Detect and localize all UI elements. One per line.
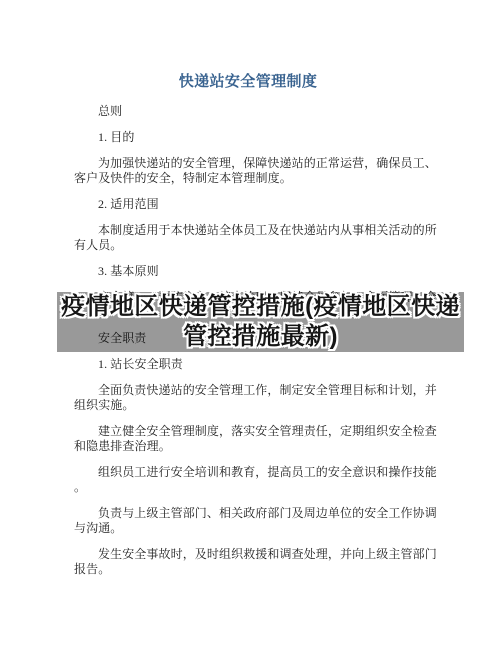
doc-paragraph: 负责与上级主管部门、相关政府部门及周边单位的安全工作协调 与沟通。 <box>74 506 422 536</box>
watermark-title-line: 管控措施最新) <box>183 322 338 352</box>
text-line: 3. 基本原则 <box>74 264 422 279</box>
text-line: 1. 站长安全职责 <box>74 357 422 372</box>
text-line: 为加强快递站的安全管理，保障快递站的正常运营，确保员工、 <box>74 156 422 171</box>
text-line: 和隐患排查治理。 <box>74 439 422 454</box>
text-line: 发生安全事故时，及时组织救援和调查处理，并向上级主管部门 <box>74 547 422 562</box>
doc-heading: 2. 适用范围 <box>74 197 422 212</box>
text-line: 负责与上级主管部门、相关政府部门及周边单位的安全工作协调 <box>74 506 422 521</box>
doc-heading: 3. 基本原则 <box>74 264 422 279</box>
doc-heading: 1. 站长安全职责 <box>74 357 422 372</box>
watermark-title-line: 疫情地区快递管控措施(疫情地区快递 <box>61 292 460 322</box>
doc-paragraph: 发生安全事故时，及时组织救援和调查处理，并向上级主管部门 报告。 <box>74 547 422 577</box>
text-line: 2. 适用范围 <box>74 197 422 212</box>
doc-heading: 1. 目的 <box>74 130 422 145</box>
text-line: 总则 <box>74 104 422 119</box>
doc-paragraph: 本制度适用于本快递站全体员工及在快递站内从事相关活动的所 有人员。 <box>74 223 422 253</box>
text-line: 全面负责快递站的安全管理工作，制定安全管理目标和计划，并 <box>74 383 422 398</box>
text-line: 组织员工进行安全培训和教育，提高员工的安全意识和操作技能 <box>74 465 422 480</box>
text-line: 建立健全安全管理制度，落实安全管理责任，定期组织安全检查 <box>74 424 422 439</box>
text-line: 组织实施。 <box>74 398 422 413</box>
watermark-overlay-band: 疫情地区快递管控措施(疫情地区快递 管控措施最新) <box>57 292 464 352</box>
doc-title: 快递站安全管理制度 <box>74 71 422 93</box>
text-line: 有人员。 <box>74 238 422 253</box>
text-line: 客户及快件的安全，特制定本管理制度。 <box>74 171 422 186</box>
doc-paragraph: 全面负责快递站的安全管理工作，制定安全管理目标和计划，并 组织实施。 <box>74 383 422 413</box>
doc-paragraph: 为加强快递站的安全管理，保障快递站的正常运营，确保员工、 客户及快件的安全，特制… <box>74 156 422 186</box>
text-line: 本制度适用于本快递站全体员工及在快递站内从事相关活动的所 <box>74 223 422 238</box>
text-line: 。 <box>74 480 422 495</box>
text-line: 与沟通。 <box>74 521 422 536</box>
text-line: 报告。 <box>74 562 422 577</box>
doc-heading: 总则 <box>74 104 422 119</box>
doc-paragraph: 建立健全安全管理制度，落实安全管理责任，定期组织安全检查 和隐患排查治理。 <box>74 424 422 454</box>
text-line: 1. 目的 <box>74 130 422 145</box>
document-body: 快递站安全管理制度 总则 1. 目的 为加强快递站的安全管理，保障快递站的正常运… <box>0 0 500 577</box>
document-page: 快递站安全管理制度 总则 1. 目的 为加强快递站的安全管理，保障快递站的正常运… <box>0 0 500 647</box>
doc-paragraph: 组织员工进行安全培训和教育，提高员工的安全意识和操作技能 。 <box>74 465 422 495</box>
